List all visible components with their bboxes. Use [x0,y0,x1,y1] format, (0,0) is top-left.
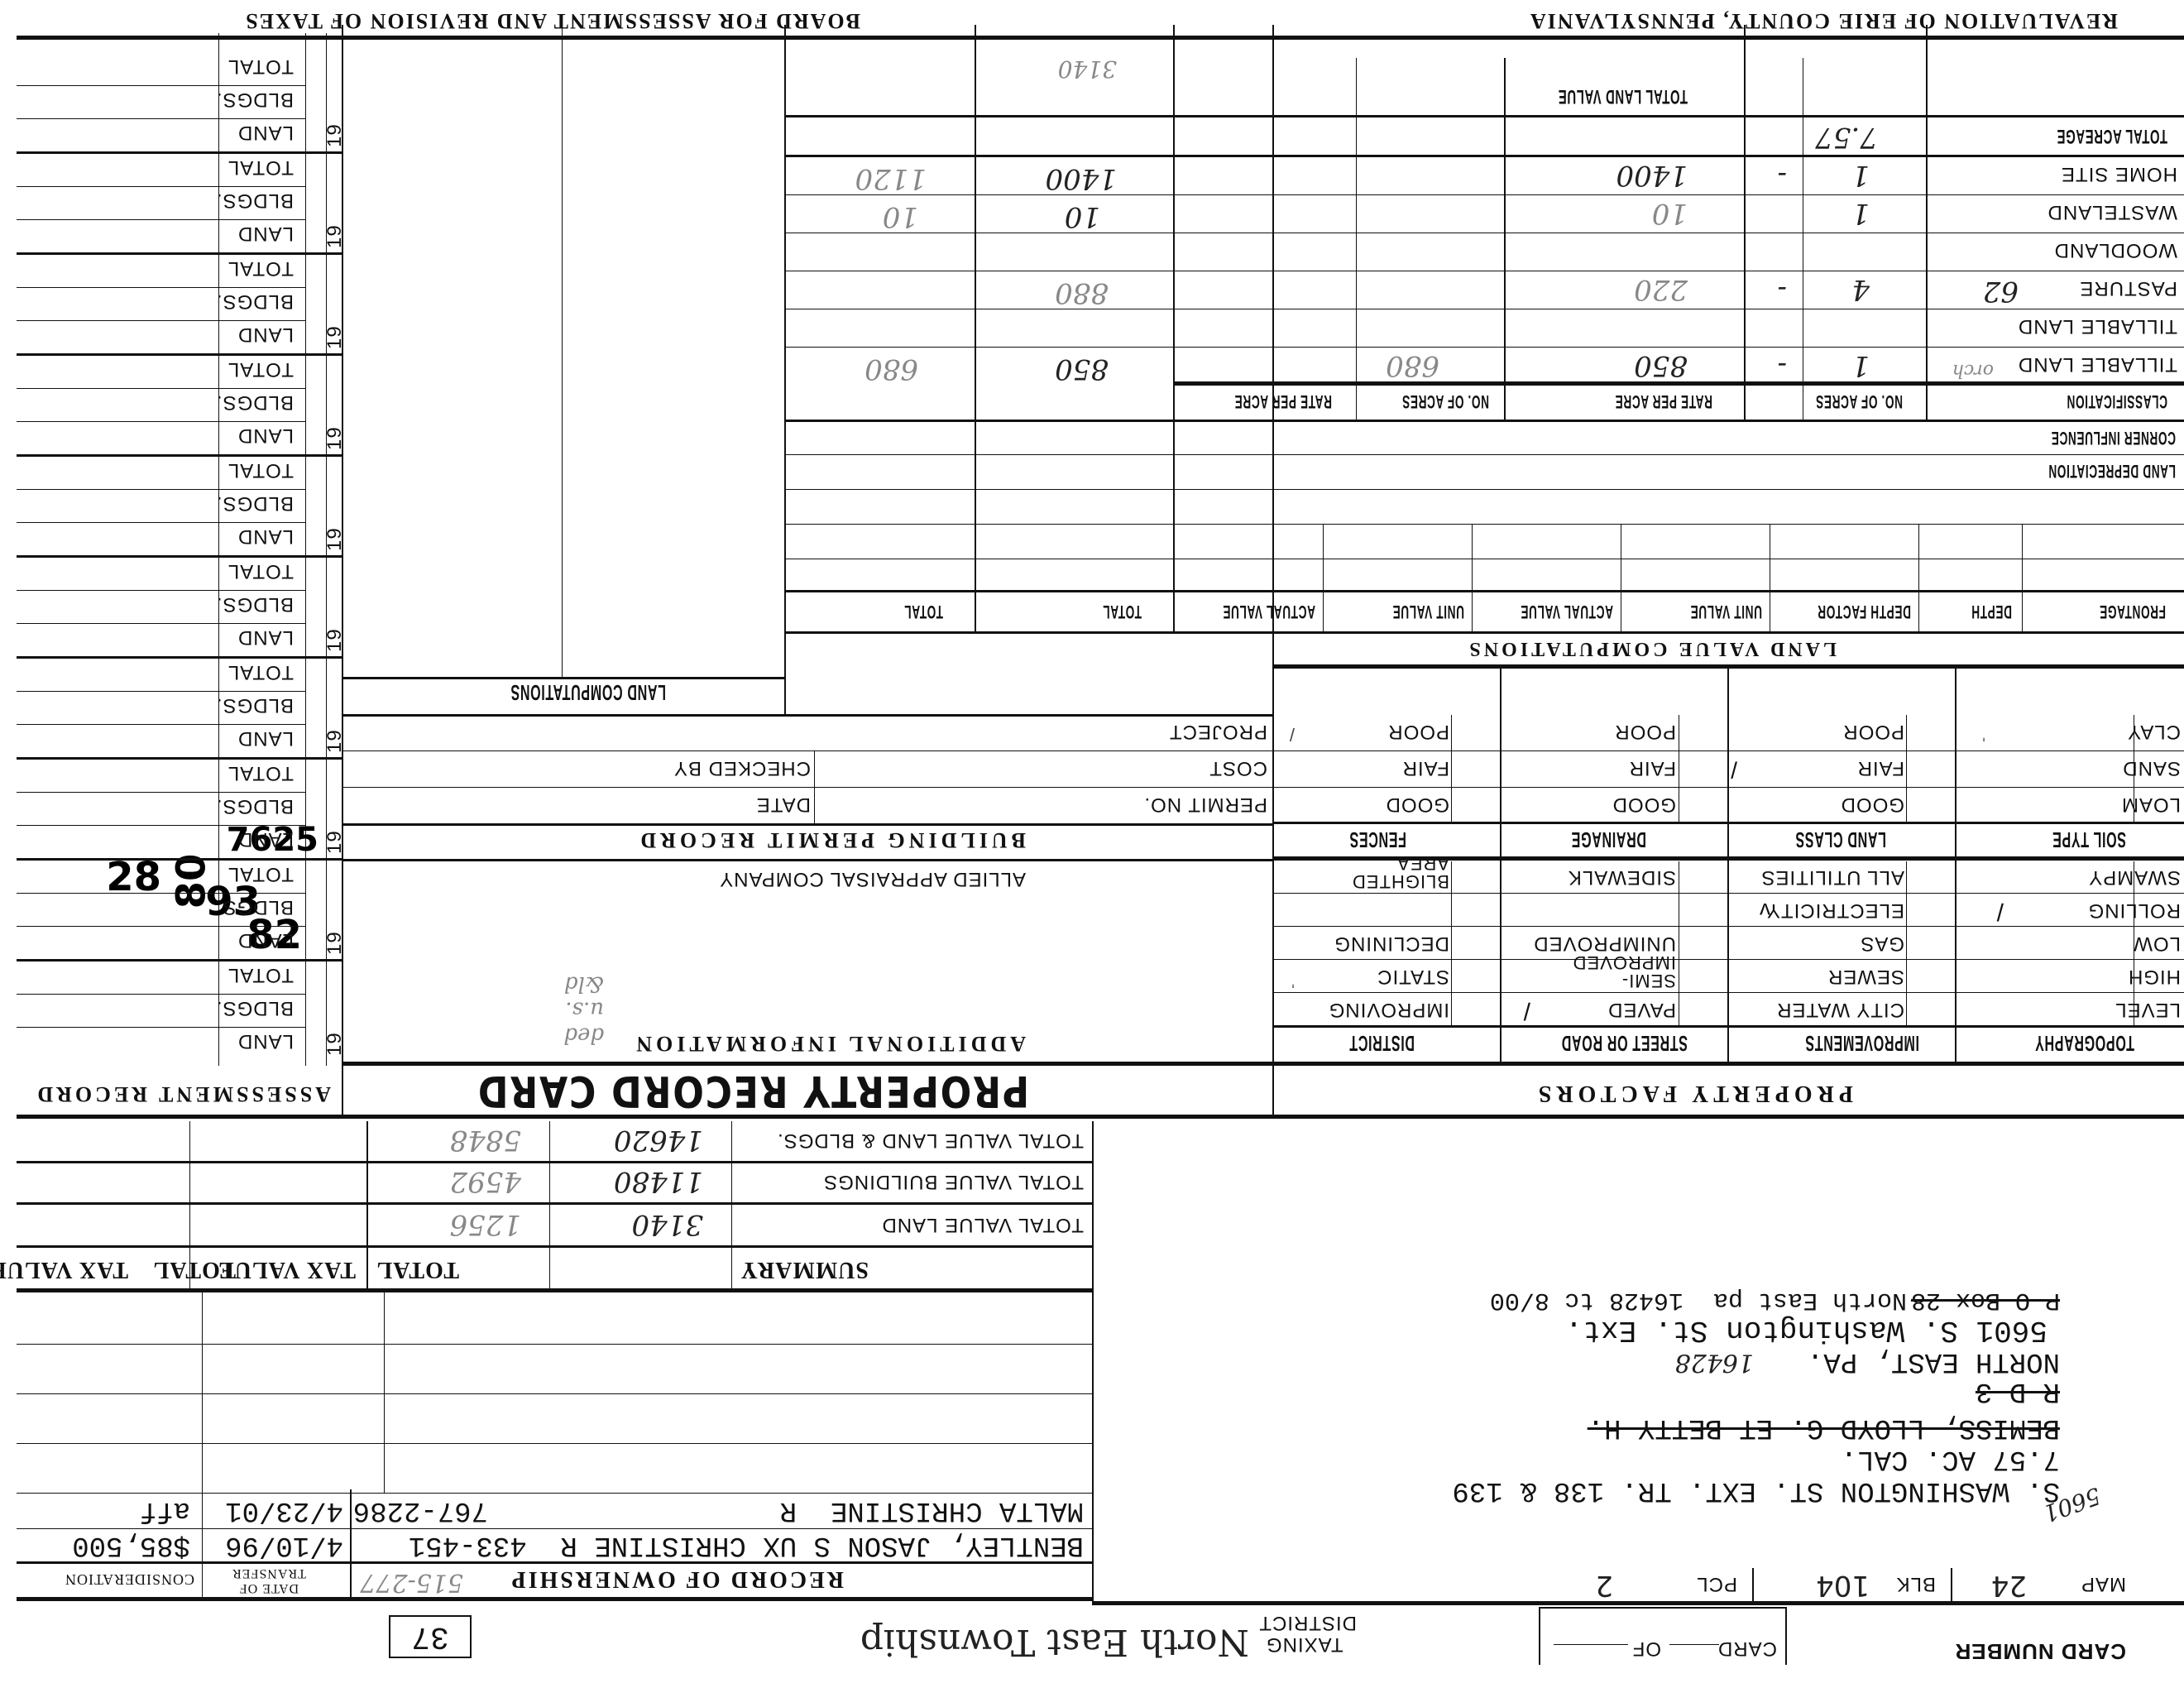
col-frontage: FRONTAGE [2100,602,2166,621]
street-or-road-header: STREET OR ROAD [1561,1033,1688,1054]
owner-name: BENTLEY, JASON S UX CHRISTINE R 433-451 [409,1529,1084,1561]
check-mark-icon: / [1996,899,2004,923]
assessment-bldgs-label: BLDGS. [216,998,294,1018]
blk-value: 104 [1816,1569,1870,1602]
classification-label: TILLABLE LAND [2018,316,2177,336]
classification-value-2: 680 [864,352,918,386]
classification-value: 850 [1055,352,1109,386]
assessment-year-block: 19 LAND BLDGS. TOTAL [17,960,343,1061]
district-declining[interactable]: DECLINING [1334,933,1449,953]
total-acreage-row: TOTAL ACREAGE 7.57 [1175,117,2184,156]
classification-label: TILLABLE LAND [2018,354,2177,374]
pcl-label: PCL [1696,1574,1737,1594]
street-paved[interactable]: PAVED [1607,1000,1676,1019]
year-prefix: 19 [325,729,345,753]
footer-board-title: BOARD FOR ASSESSMENT AND REVISION OF TAX… [244,10,860,31]
assessment-land-label: LAND [237,627,294,647]
year-prefix: 19 [325,325,345,349]
description-line-struck: P O Box 28 [1911,1286,2060,1314]
land-value-header-row: FRONTAGE DEPTH DEPTH FACTOR UNIT VALUE A… [786,592,2184,632]
card-title-band: PROPERTY RECORD CARD [339,1066,1166,1115]
ownership-row: BENTLEY, JASON S UX CHRISTINE R 433-451 … [17,1529,1092,1562]
classification-row: TILLABLE LAND orch 1 - 850 680 [1175,348,2184,384]
total-land-value-label: TOTAL LAND VALUE [1558,86,1688,106]
acres: 4 [1851,273,1870,306]
soil-type-header: SOIL TYPE [2052,829,2126,851]
property-factors-grid: LEVEL HIGH LOW ROLLING / SWAMPY CITY WAT… [1274,861,2184,1026]
assessment-land-label: LAND [237,829,294,849]
year-prefix: 19 [325,628,345,652]
map-label: MAP [2081,1574,2126,1594]
description-line: S. WASHINGTON ST. EXT. TR. 138 & 139 [1452,1475,2060,1506]
improvements-header: IMPROVEMENTS [1805,1033,1919,1054]
col-depth-factor: DEPTH FACTOR [1818,602,1911,621]
col-no-of-acres-2: NO. OF ACRES [1402,392,1489,410]
date-of-transfer-label: DATE OF TRANSFER [215,1566,323,1595]
soil-loam[interactable]: LOAM [2121,794,2181,814]
property-record-card-page: CARD NUMBER CARD OF TAXING DISTRICT Nort… [0,0,2184,1688]
classification-row: TILLABLE LAND [1175,309,2184,346]
total-land-value: 3140 [1058,55,1117,83]
assessment-bldgs-label: BLDGS. [216,493,294,513]
assessment-year-block: 19 LAND BLDGS. TOTAL [17,859,343,960]
transfer-date: 4/23/01 [225,1494,343,1526]
property-description: 5601 S. WASHINGTON ST. EXT. TR. 138 & 13… [1094,1233,2184,1564]
check-mark-icon: ' [1981,727,1985,743]
summary-tax-value: 5848 [449,1124,521,1157]
col-total-2: TOTAL [153,1258,236,1281]
classification-table: CLASSIFICATION NO. OF ACRES RATE PER ACR… [1175,25,2184,420]
assessment-total-label: TOTAL [227,864,294,884]
land-class-header: LAND CLASS [1795,829,1886,851]
additional-info-notes: dedu.s.&ld [563,970,604,1048]
checked-by-label[interactable]: CHECKED BY [673,758,811,778]
classification-value-2: 1120 [855,162,927,195]
of-label: OF [1632,1638,1661,1658]
summary-row: TOTAL VALUE LAND & BLDGS. 14620 5848 [17,1120,1092,1162]
land-value-computations: LAND VALUE COMPUTATIONS FRONTAGE DEPTH D… [786,25,2184,667]
date-label[interactable]: DATE [756,794,811,814]
col-classification: CLASSIFICATION [2067,392,2167,410]
classification-value: 10 [1065,200,1100,233]
check-mark-icon: / [1289,725,1295,743]
assessment-year-block: 19 LAND BLDGS. TOTAL [17,253,343,354]
acres: 1 [1851,159,1870,192]
classification-row: WOODLAND [1175,233,2184,270]
fences-fair[interactable]: FAIR [1402,758,1449,778]
acres: 1 [1851,197,1870,230]
assessment-land-label: LAND [237,122,294,142]
assessment-land-label: LAND [237,324,294,344]
summary-row-label: TOTAL VALUE LAND & BLDGS. [777,1130,1084,1150]
assessment-year-block: 19 LAND BLDGS. TOTAL [17,758,343,859]
zip-handwritten: 16428 [1675,1348,1754,1377]
topography-level[interactable]: LEVEL [2115,1000,2181,1019]
corner-influence-label: CORNER INFLUENCE [2051,429,2176,447]
card-of-box: CARD OF [1539,1607,1787,1665]
assessment-bldgs-label: BLDGS. [216,897,294,917]
transfer-date: 4/10/96 [225,1529,343,1561]
taxing-district-value: North East Township [860,1621,1249,1663]
classification-note: 62 [1983,275,2019,308]
year-prefix: 19 [325,123,345,147]
cost-label[interactable]: COST [1209,758,1267,778]
assessment-bldgs-label: BLDGS. [216,190,294,210]
year-prefix: 19 [325,527,345,551]
col-total: TOTAL [1103,602,1142,621]
rate-per-acre: 10 [1652,197,1688,230]
description-line: NORTH EAST, PA. [1807,1345,2060,1377]
improvements-sewer[interactable]: SEWER [1827,966,1904,986]
summary-row: TOTAL VALUE BUILDINGS 11480 4592 [17,1162,1092,1203]
property-factors-section: TOPOGRAPHY IMPROVEMENTS STREET OR ROAD D… [1274,667,2184,1064]
acres: 1 [1851,349,1870,382]
improvements-city-water[interactable]: CITY WATER [1776,1000,1904,1019]
topography-high[interactable]: HIGH [2128,966,2181,986]
summary-row: TOTAL VALUE LAND 3140 1256 [17,1205,1092,1246]
card-label: CARD [1717,1638,1777,1658]
classification-value: 1400 [1045,162,1117,195]
assessment-land-label: LAND [237,425,294,445]
summary-tax-value: 1256 [449,1208,521,1241]
total-acreage-label: TOTAL ACREAGE [2057,126,2167,146]
assessment-bldgs-label: BLDGS. [216,796,294,816]
col-unit-value-2: UNIT VALUE [1392,602,1464,621]
improvements-all-utilities[interactable]: ALL UTILITIES [1761,867,1905,887]
description-line-struck: R D 3 [1976,1375,2060,1407]
classification-label: HOME SITE [2061,164,2177,184]
topography-rolling[interactable]: ROLLING [2088,900,2181,920]
check-mark-icon: / [1523,998,1530,1023]
assessment-total-label: TOTAL [227,561,294,581]
description-line: North East pa 16428 tc 8/00 [1490,1286,1907,1314]
classification-label: WOODLAND [2054,240,2177,260]
summary-total: 11480 [614,1165,703,1198]
topography-swampy[interactable]: SWAMPY [2088,867,2181,887]
improvements-gas[interactable]: GAS [1860,933,1904,953]
assessment-year-block: 19 LAND BLDGS. TOTAL [17,354,343,455]
street-sidewalk[interactable]: SIDEWALK [1568,867,1676,887]
assessment-land-label: LAND [237,1031,294,1051]
col-total-2: TOTAL [904,602,943,621]
taxing-district-label: TAXING DISTRICT [1266,1611,1357,1655]
land-computations-label: LAND COMPUTATIONS [510,682,666,703]
project-label[interactable]: PROJECT [1169,722,1267,741]
card-sequence-box: 37 [389,1615,472,1658]
assessment-year-block: 19 LAND BLDGS. TOTAL [17,455,343,556]
assessment-bldgs-label: BLDGS. [216,89,294,109]
assessment-land-label: LAND [237,728,294,748]
classification-row: PASTURE 62 4 - 220 [1175,271,2184,308]
assessment-year-block: 19 LAND BLDGS. TOTAL [17,657,343,758]
summary-row-label: TOTAL VALUE LAND [881,1215,1084,1235]
assessment-year-block: 19 LAND BLDGS. TOTAL [17,152,343,253]
assessment-bldgs-label: BLDGS. [216,594,294,614]
assessment-year-block: 19 LAND BLDGS. TOTAL [17,51,343,152]
parcel-id-row: MAP 24 BLK 104 PCL 2 [1092,1568,2184,1605]
footer-revaluation-title: REVALUATION OF ERIE COUNTY, PENNSYLVANIA [1529,10,2118,31]
summary-total: 3140 [631,1208,703,1241]
drainage-poor[interactable]: POOR [1614,722,1676,741]
assessment-land-label: LAND [237,223,294,243]
year-prefix: 19 [325,1032,345,1056]
topography-header: TOPOGRAPHY [2034,1033,2134,1054]
assessment-bldgs-label: BLDGS. [216,695,294,715]
assessment-record-title: ASSESSMENT RECORD [34,1083,331,1105]
summary-header: SUMMARY TOTAL TAX VALUE TOTAL TAX VALUE [17,1248,1092,1291]
building-permit-record-title: BUILDING PERMIT RECORD [636,829,1026,851]
assessment-total-label: TOTAL [227,157,294,177]
col-depth: DEPTH [1971,602,2012,621]
improvements-electricity[interactable]: ELECTRICITY [1766,900,1904,920]
topography-low[interactable]: LOW [2133,933,2181,953]
land-class-good[interactable]: GOOD [1841,794,1904,814]
rate-per-acre: 220 [1634,273,1688,306]
owner-name: MALTA CHRISTINE R [780,1494,1084,1526]
description-line: 5601 S. Washington St. Ext. [1565,1313,2047,1347]
additional-information-title: ADDITIONAL INFORMATION [632,1033,1026,1054]
assessment-year-block: 19 LAND BLDGS. TOTAL [17,556,343,657]
consideration-value: $85,500 [72,1529,190,1561]
check-mark-icon: v [1759,900,1770,922]
assessment-blocks: 19 LAND BLDGS. TOTAL 19 LAND BLDGS. TOTA… [17,33,343,1066]
soil-sand[interactable]: SAND [2122,758,2181,778]
assessment-bldgs-label: BLDGS. [216,392,294,412]
summary-total: 14620 [614,1124,703,1157]
blk-label: BLK [1896,1574,1936,1594]
ownership-row: MALTA CHRISTINE R 767-2286 4/23/01 aff [17,1494,1092,1527]
col-tax-value: TAX VALUE [218,1258,356,1281]
ownership-handwritten-ref: 515-277 [360,1568,463,1597]
classification-note: orch [1952,360,1994,381]
soil-clay[interactable]: CLAY [2127,722,2181,741]
permit-no-label[interactable]: PERMIT NO. [1143,794,1267,814]
classification-label: PASTURE [2079,278,2177,298]
description-line-struck: BEMISS, LLOYD G. ET BETTY H. [1588,1412,2060,1443]
property-factors-title: PROPERTY FACTORS [1534,1081,1853,1105]
summary-tax-value: 4592 [449,1165,521,1198]
consideration-value: aff [140,1494,190,1526]
summary-title: SUMMARY [740,1258,869,1281]
assessment-total-label: TOTAL [227,56,294,76]
col-tax-value-2: TAX VALUE [0,1258,128,1281]
property-record-card-title: PROPERTY RECORD CARD [477,1066,1029,1115]
total-acreage-value: 7.57 [1815,121,1878,154]
drainage-good[interactable]: GOOD [1612,794,1676,814]
fences-poor[interactable]: POOR [1387,722,1449,741]
fences-good[interactable]: GOOD [1386,794,1449,814]
record-of-ownership-title: RECORD OF OWNERSHIP [510,1567,844,1590]
classification-value: 880 [1055,276,1109,309]
col-total: TOTAL [376,1258,459,1281]
district-header: DISTRICT [1349,1033,1415,1054]
street-semi-improved[interactable]: SEMI-IMPROVED [1560,953,1676,990]
col-actual-value: ACTUAL VALUE [1521,602,1613,621]
assessment-total-label: TOTAL [227,359,294,379]
classification-row: HOME SITE 1 - 1400 [1175,157,2184,194]
classification-label: WASTELAND [2047,202,2177,222]
map-value: 24 [1991,1569,2027,1602]
description-line: 7.57 AC. CAL. [1841,1443,2060,1475]
district-static[interactable]: STATIC [1377,966,1449,986]
card-number-label: CARD NUMBER [1955,1639,2126,1663]
drainage-header: DRAINAGE [1571,829,1646,851]
consideration-label: CONSIDERATION [65,1572,194,1587]
assessment-total-label: TOTAL [227,965,294,985]
check-mark-icon: / [1730,758,1737,781]
col-unit-value: UNIT VALUE [1690,602,1762,621]
district-improving[interactable]: IMPROVING [1329,1000,1449,1019]
pcl-value: 2 [1595,1569,1613,1602]
land-depreciation-label: LAND DEPRECIATION [2048,462,2176,480]
col-no-of-acres: NO. OF ACRES [1816,392,1903,410]
land-class-fair[interactable]: FAIR [1857,758,1904,778]
deed-reference: 767-2286 [353,1494,488,1526]
col-rate-per-acre-2: RATE PER ACRE [1234,392,1332,410]
assessment-total-label: TOTAL [227,763,294,783]
check-mark-icon: ' [1291,973,1295,990]
assessment-land-label: LAND [237,930,294,950]
assessment-total-label: TOTAL [227,460,294,480]
classification-row: WASTELAND 1 10 [1175,195,2184,232]
year-prefix: 19 [325,830,345,854]
land-value-computations-title: LAND VALUE COMPUTATIONS [1466,639,1837,659]
summary-row-label: TOTAL VALUE BUILDINGS [823,1172,1084,1192]
fences-header: FENCES [1349,829,1406,851]
appraisal-company: ALLIED APPRAISAL COMPANY [719,869,1026,889]
drainage-fair[interactable]: FAIR [1629,758,1676,778]
dash: - [1778,273,1788,306]
rate-per-acre-2: 680 [1386,349,1439,382]
land-class-poor[interactable]: POOR [1842,722,1904,741]
assessment-bldgs-label: BLDGS. [216,291,294,311]
year-prefix: 19 [325,426,345,450]
dash: - [1778,349,1788,382]
col-rate-per-acre: RATE PER ACRE [1615,392,1712,410]
classification-value-2: 10 [883,200,918,233]
col-actual-value-2: ACTUAL VALUE [1223,602,1315,621]
year-prefix: 19 [325,931,345,955]
dash: - [1778,159,1788,192]
rate-per-acre: 850 [1634,349,1688,382]
street-unimproved[interactable]: UNIMPROVED [1533,933,1676,953]
soil-grid: LOAM SAND CLAY ' GOOD FAIR / POOR GOOD F… [1274,715,2184,822]
assessment-total-label: TOTAL [227,662,294,682]
year-prefix: 19 [325,224,345,248]
rate-per-acre: 1400 [1616,159,1688,192]
assessment-land-label: LAND [237,526,294,546]
assessment-total-label: TOTAL [227,258,294,278]
